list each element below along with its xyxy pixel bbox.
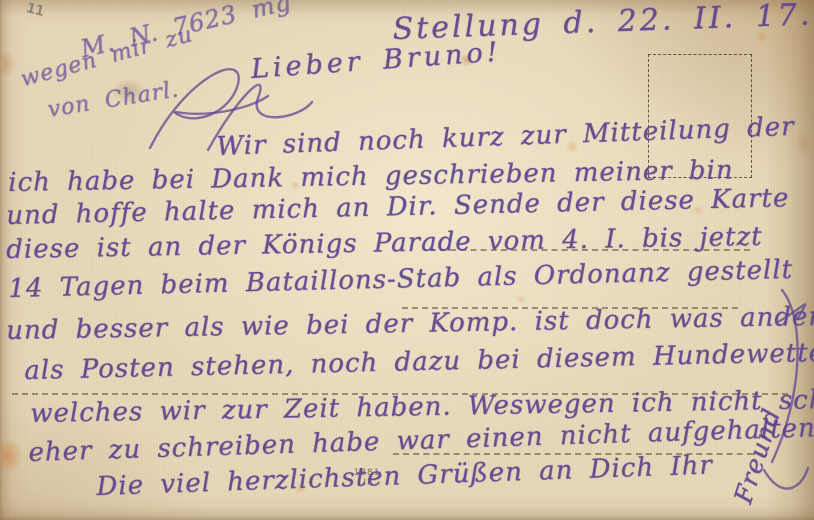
stain [0, 50, 16, 78]
body-line: und besser als wie bei der Komp. ist doc… [6, 301, 814, 346]
foxing-spot [516, 294, 526, 304]
pencil-mark: 11 [24, 0, 45, 20]
body-line: als Posten stehen, noch dazu bei diesem … [24, 338, 814, 386]
postcard-scan: 1881 II 11 M. N. 7623 mg wegen mir zu vo… [0, 0, 814, 520]
stain [795, 130, 813, 156]
stain [0, 438, 22, 474]
salutation: Lieber Bruno! [250, 36, 502, 84]
